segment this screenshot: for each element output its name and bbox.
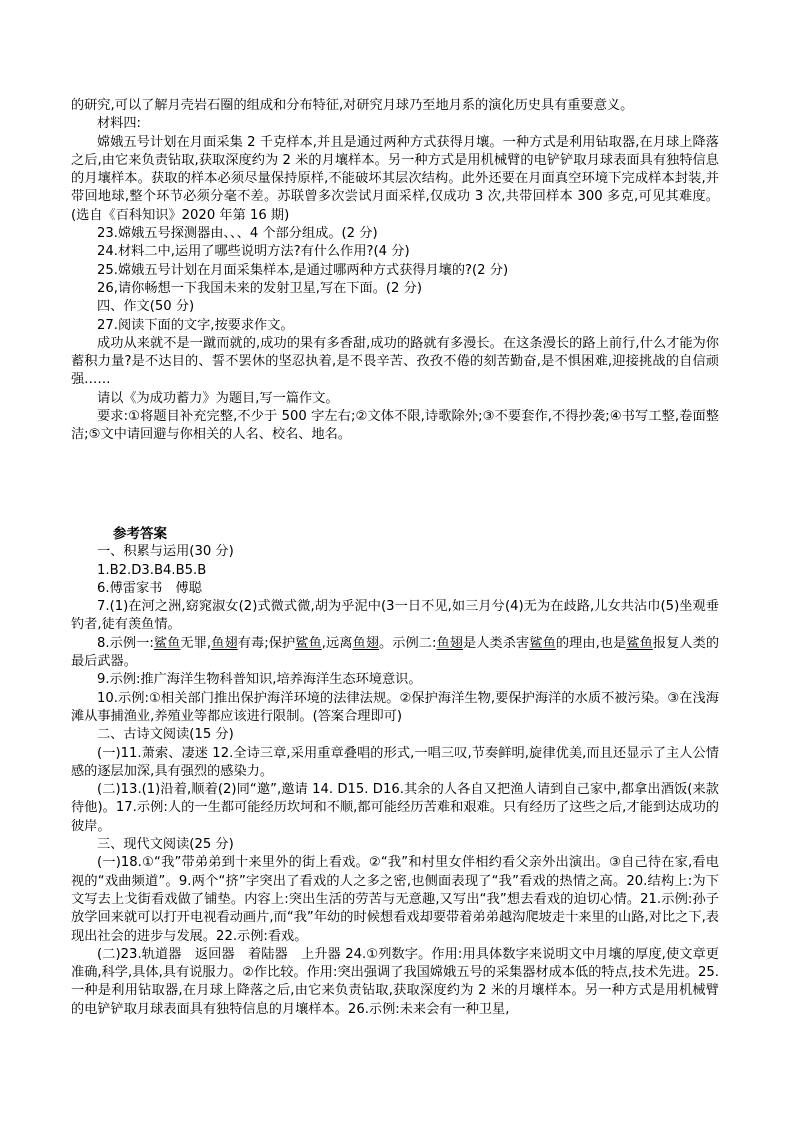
answer-7: 7.(1)在河之洲,窈窕淑女(2)式微式微,胡为乎泥中(3一日不见,如三月兮(4…	[71, 598, 719, 635]
answer-11-12: (一)11.萧索、凄迷 12.全诗三章,采用重章叠唱的形式,一唱三叹,节奏鲜明,…	[71, 745, 719, 782]
question-26: 26,请你畅想一下我国未来的发射卫星,写在下面。(2 分)	[71, 280, 719, 298]
essay-prompt: 成功从来就不是一蹴而就的,成功的果有多香甜,成功的路就有多漫长。在这条漫长的路上…	[71, 335, 719, 390]
underlined-word: 鲨鱼	[529, 636, 556, 651]
question-24: 24.材料二中,运用了哪些说明方法?有什么作用?(4 分)	[71, 243, 719, 261]
essay-topic: 请以《为成功蓄力》为题目,写一篇作文。	[71, 390, 719, 408]
question-25: 25.嫦娥五号计划在月面采集样本,是通过哪两种方式获得月壤的?(2 分)	[71, 262, 719, 280]
answer-8-text: 是人类杀害	[463, 636, 529, 651]
answer-8-text: 的理由,也是	[556, 636, 627, 651]
answer-section-2-heading: 二、古诗文阅读(15 分)	[71, 726, 719, 744]
answer-23-26: (二)23.轨道器 返回器 着陆器 上升器 24.①列数字。作用:用具体数字来说…	[71, 946, 719, 1019]
answer-13-17: (二)13.(1)沿着,顺着(2)同“邀”,邀请 14. D15. D16.其余…	[71, 781, 719, 836]
underlined-word: 鱼翅	[211, 636, 238, 651]
underlined-word: 鱼翅	[353, 636, 380, 651]
underlined-word: 鲨鱼	[154, 636, 181, 651]
answer-section-3-heading: 三、现代文阅读(25 分)	[71, 836, 719, 854]
underlined-word: 鱼翅	[436, 636, 463, 651]
answer-8-text: ,远离	[322, 636, 353, 651]
answer-8-text: 8.示例一:	[97, 636, 154, 651]
material-four-paragraph: 嫦娥五号计划在月面采集 2 千克样本,并且是通过两种方式获得月壤。一种方式是利用…	[71, 134, 719, 225]
question-23: 23.嫦娥五号探测器由、、、4 个部分组成。(2 分)	[71, 225, 719, 243]
answer-1-5: 1.B2.D3.B4.B5.B	[71, 562, 719, 580]
answer-8-text: 有毒;保护	[238, 636, 296, 651]
material-continuation: 的研究,可以了解月壳岩石圈的组成和分布特征,对研究月球乃至地月系的演化历史具有重…	[71, 97, 719, 115]
material-four-heading: 材料四:	[71, 115, 719, 133]
answer-18-22: (一)18.①“我”带弟弟到十来里外的街上看戏。②“我”和村里女伴相约看父亲外出…	[71, 854, 719, 945]
answer-8: 8.示例一:鲨鱼无罪,鱼翅有毒;保护鲨鱼,远离鱼翅。示例二:鱼翅是人类杀害鲨鱼的…	[71, 635, 719, 672]
answer-10: 10.示例:①相关部门推出保护海洋环境的法律法规。②保护海洋生物,要保护海洋的水…	[71, 690, 719, 727]
exam-questions-section: 的研究,可以了解月壳岩石圈的组成和分布特征,对研究月球乃至地月系的演化历史具有重…	[71, 97, 719, 445]
underlined-word: 鲨鱼	[295, 636, 322, 651]
answer-6: 6.傅雷家书 傅聪	[71, 580, 719, 598]
essay-requirements: 要求:①将题目补充完整,不少于 500 字左右;②文体不限,诗歌除外;③不要套作…	[71, 408, 719, 445]
question-27: 27.阅读下面的文字,按要求作文。	[71, 317, 719, 335]
answer-key-section: 参考答案 一、积累与运用(30 分) 1.B2.D3.B4.B5.B 6.傅雷家…	[71, 525, 719, 1019]
essay-section-heading: 四、作文(50 分)	[71, 298, 719, 316]
answer-8-text: 无罪,	[180, 636, 211, 651]
underlined-word: 鲨鱼	[626, 636, 653, 651]
answer-8-text: 。示例二:	[379, 636, 436, 651]
answer-section-1-heading: 一、积累与运用(30 分)	[71, 543, 719, 561]
answer-key-title: 参考答案	[71, 525, 719, 543]
answer-9: 9.示例:推广海洋生物科普知识,培养海洋生态环境意识。	[71, 671, 719, 689]
